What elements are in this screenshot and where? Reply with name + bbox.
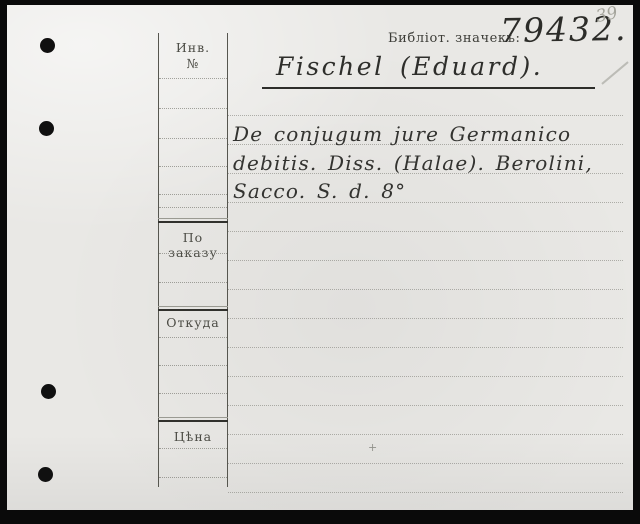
column-rule (159, 448, 227, 449)
entry-line: debitis. Diss. (Halae). Berolini, (233, 149, 633, 178)
author-heading: Fischel (Eduard). (276, 52, 543, 81)
section-divider (158, 218, 228, 223)
column-rule (159, 365, 227, 366)
column-rule (159, 253, 227, 254)
author-underline (262, 87, 595, 89)
bibliographic-entry: De conjugum jure Germanico debitis. Diss… (233, 120, 633, 206)
column-rule (159, 477, 227, 478)
inventory-number-sign: № (158, 56, 228, 71)
column-rule (159, 337, 227, 338)
hole-punch-icon (39, 121, 54, 136)
entry-line: Sacco. S. d. 8° (233, 177, 633, 206)
column-rule (159, 108, 227, 109)
column-rule (159, 207, 227, 208)
section-divider (158, 417, 228, 422)
column-rule (159, 393, 227, 394)
column-rule (159, 78, 227, 79)
inventory-number-label: Инв. (158, 40, 228, 55)
scanned-catalog-card: Библіот. значекъ: 79432. 39 Fischel (Edu… (0, 0, 640, 524)
column-rule (159, 138, 227, 139)
section-divider (158, 306, 228, 311)
by-order-label: По заказу (158, 230, 228, 260)
column-rule (159, 166, 227, 167)
column-rule (159, 194, 227, 195)
hole-punch-icon (40, 38, 55, 53)
price-label: Цѣна (158, 429, 228, 444)
entry-line: De conjugum jure Germanico (233, 120, 633, 149)
hole-punch-icon (38, 467, 53, 482)
scan-artifact-mark: + (368, 441, 377, 454)
origin-label: Откуда (158, 315, 228, 330)
hole-punch-icon (41, 384, 56, 399)
column-rule (159, 282, 227, 283)
